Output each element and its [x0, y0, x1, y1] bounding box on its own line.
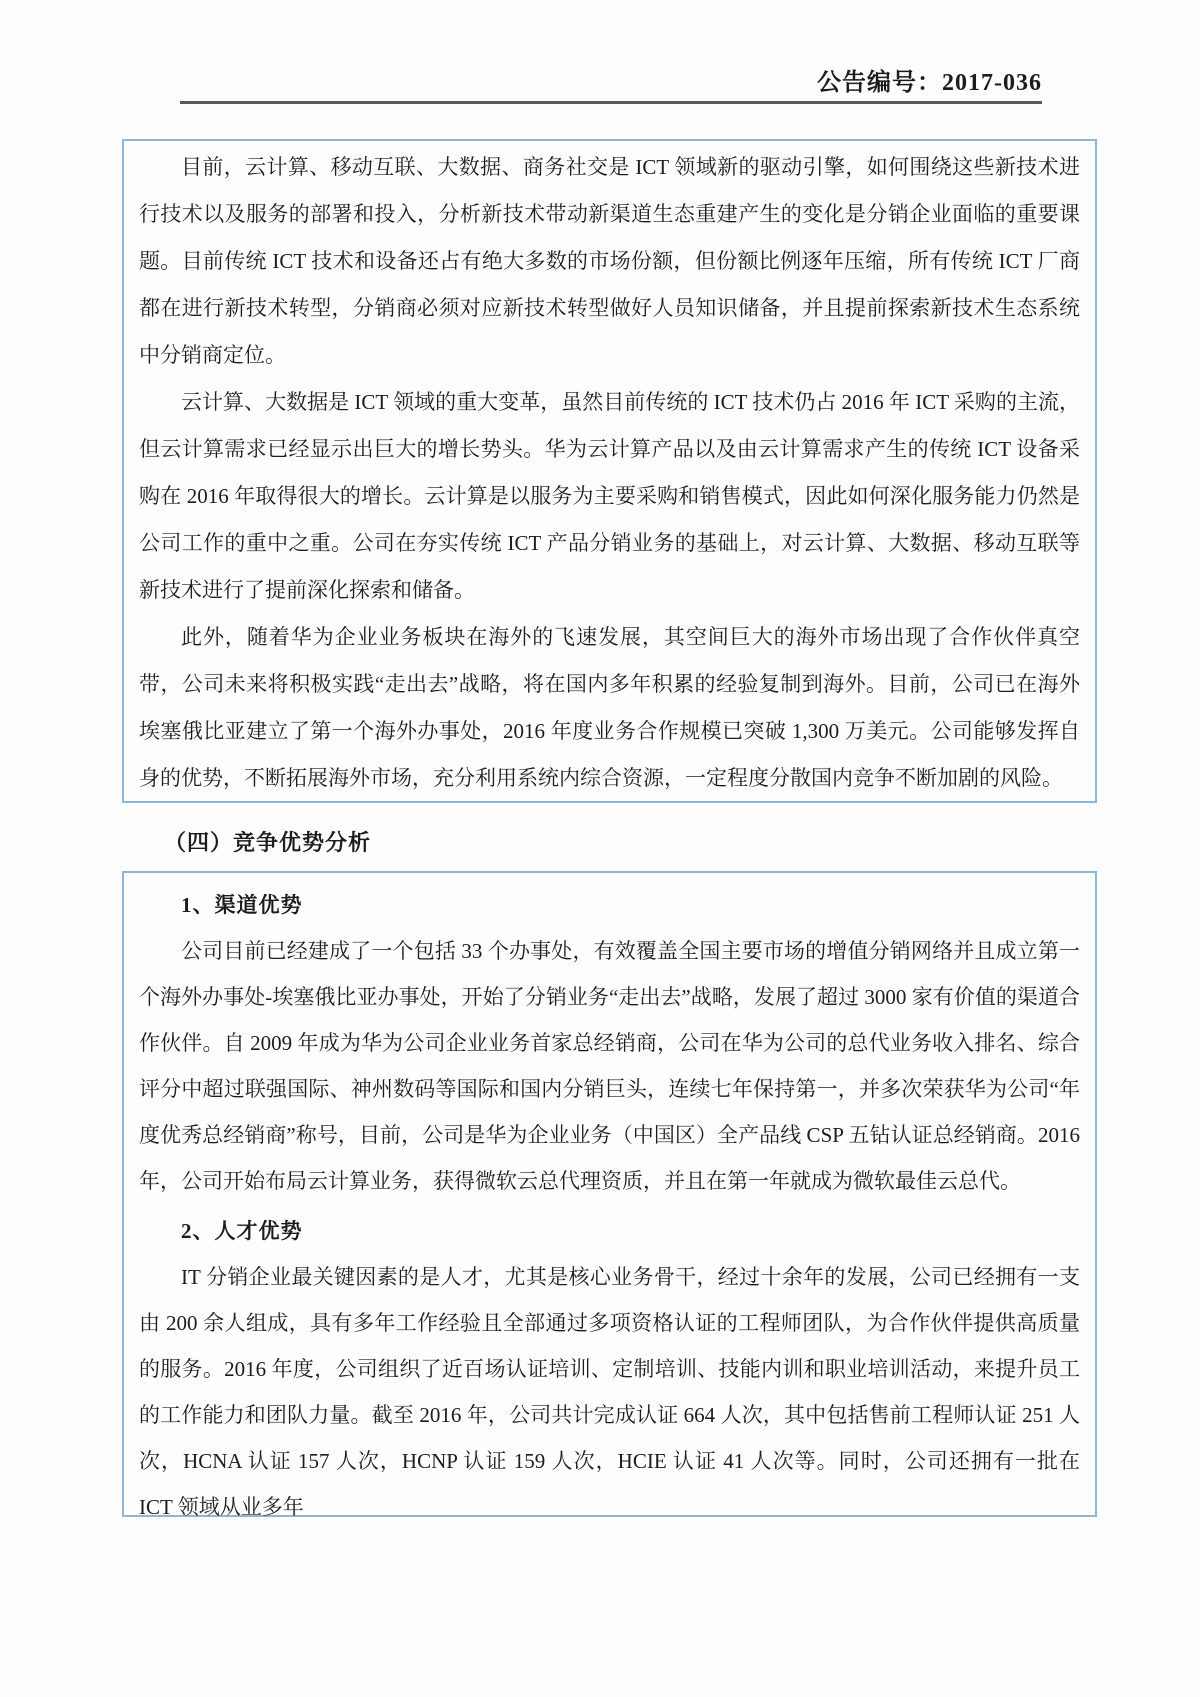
subsection-heading-talent-advantage: 2、人才优势	[139, 1208, 1080, 1254]
page-header: 公告编号：2017-036	[0, 62, 1042, 97]
paragraph-ict-new-drivers: 目前，云计算、移动互联、大数据、商务社交是 ICT 领域新的驱动引擎，如何围绕这…	[139, 144, 1080, 379]
announcement-number: 公告编号：2017-036	[817, 70, 1042, 96]
paragraph-channel-advantage: 公司目前已经建成了一个包括 33 个办事处，有效覆盖全国主要市场的增值分销网络并…	[139, 928, 1080, 1204]
paragraph-talent-advantage: IT 分销企业最关键因素的是人才，尤其是核心业务骨干，经过十余年的发展，公司已经…	[139, 1254, 1080, 1530]
content-box-advantage-analysis: 1、渠道优势 公司目前已经建成了一个包括 33 个办事处，有效覆盖全国主要市场的…	[122, 871, 1097, 1517]
header-rule	[180, 101, 1042, 104]
document-page: 公告编号：2017-036 目前，云计算、移动互联、大数据、商务社交是 ICT …	[0, 0, 1200, 1697]
paragraph-overseas-expansion: 此外，随着华为企业业务板块在海外的飞速发展，其空间巨大的海外市场出现了合作伙伴真…	[139, 614, 1080, 802]
content-box-market-overview: 目前，云计算、移动互联、大数据、商务社交是 ICT 领域新的驱动引擎，如何围绕这…	[122, 139, 1097, 803]
paragraph-cloud-bigdata-change: 云计算、大数据是 ICT 领域的重大变革，虽然目前传统的 ICT 技术仍占 20…	[139, 379, 1080, 614]
subsection-heading-channel-advantage: 1、渠道优势	[139, 882, 1080, 928]
section-heading-competitive-advantage: （四）竞争优势分析	[164, 826, 371, 857]
